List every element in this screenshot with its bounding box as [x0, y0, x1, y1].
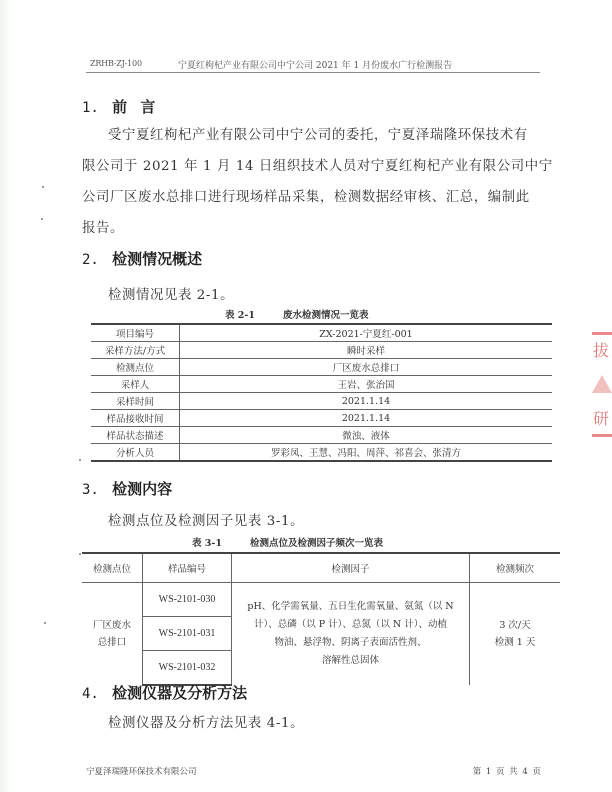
section-title: 检测仪器及分析方法: [112, 684, 247, 702]
scan-edge-shadow: [0, 0, 10, 792]
caption-number: 表 3-1: [192, 538, 222, 549]
row-value: 瞬时采样: [180, 342, 553, 359]
page-number: 第 1 页 共 4 页: [473, 765, 542, 777]
frequency-cell: 3 次/天 检测 1 天: [470, 583, 561, 686]
inspection-overview-table: 项目编号ZX-2021-宁夏红-001 采样方法/方式瞬时采样 检测点位厂区废水…: [91, 323, 552, 462]
row-value: 2021.1.14: [180, 393, 553, 410]
company-seal-stamp: 拔 研: [592, 330, 612, 440]
table-row: 项目编号ZX-2021-宁夏红-001: [91, 324, 552, 342]
stamp-star-icon: [592, 375, 612, 393]
factor-line: 计）、总磷（以 P 计）、总氮（以 N 计）、动植: [244, 616, 457, 634]
location-line: 总排口: [82, 634, 142, 651]
paragraph-line: 受宁夏红枸杞产业有限公司中宁公司的委托，宁夏泽瑞隆环保技术有: [108, 124, 528, 143]
row-value: 罗彩凤、王慧、冯阳、周萍、祁喜会、张清方: [180, 444, 553, 462]
row-value: 微浊、液体: [180, 427, 553, 444]
table-row: 厂区废水 总排口 WS-2101-030 pH、化学需氧量、五日生化需氧量、氨氮…: [82, 583, 560, 617]
paragraph-line: 公司厂区废水总排口进行现场样品采集，检测数据经审核、汇总，编制此: [82, 186, 530, 205]
scan-artifact: [79, 459, 81, 461]
table-2-1-caption: 表 2-1废水检测情况一览表: [225, 307, 369, 321]
caption-title: 废水检测情况一览表: [283, 310, 369, 321]
table-row: 采样人王岩、张治国: [91, 376, 552, 393]
sample-id: WS-2101-032: [143, 651, 232, 686]
table-row: 样品状态描述微浊、液体: [91, 427, 552, 444]
section-title: 检测内容: [112, 480, 172, 498]
section-heading-3: 3. 检测内容: [82, 478, 172, 499]
column-header: 样品编号: [143, 553, 232, 583]
section-heading-4: 4. 检测仪器及分析方法: [82, 682, 247, 703]
section-heading-2: 2. 检测情况概述: [82, 248, 202, 269]
row-value: ZX-2021-宁夏红-001: [180, 324, 553, 342]
sample-id: WS-2101-031: [143, 617, 232, 651]
table-row: 采样时间2021.1.14: [91, 393, 552, 410]
table-header-row: 检测点位 样品编号 检测因子 检测频次: [82, 553, 560, 583]
location-line: 厂区废水: [82, 617, 142, 634]
factor-line: pH、化学需氧量、五日生化需氧量、氨氮（以 N: [244, 598, 457, 616]
scan-artifact: [42, 186, 44, 188]
row-key: 样品状态描述: [91, 427, 180, 444]
table-row: 样品接收时间2021.1.14: [91, 410, 552, 427]
row-key: 项目编号: [91, 324, 180, 342]
scan-artifact: [79, 553, 81, 555]
factor-line: 物油、悬浮物、阴离子表面活性剂、: [244, 634, 457, 652]
row-key: 采样时间: [91, 393, 180, 410]
scan-artifact: [44, 622, 46, 624]
caption-title: 检测点位及检测因子频次一览表: [250, 538, 383, 549]
table-3-1-caption: 表 3-1检测点位及检测因子频次一览表: [192, 535, 383, 549]
document-number: ZRHB-ZJ-100: [90, 59, 142, 68]
row-key: 检测点位: [91, 359, 180, 376]
location-cell: 厂区废水 总排口: [82, 583, 143, 686]
stamp-border: [592, 332, 612, 335]
section-title: 检测情况概述: [112, 250, 202, 268]
section-number: 2.: [82, 252, 99, 268]
row-key: 采样方法/方式: [91, 342, 180, 359]
section-number: 4.: [82, 686, 99, 702]
row-value: 王岩、张治国: [180, 376, 553, 393]
sample-id: WS-2101-030: [143, 583, 232, 617]
column-header: 检测点位: [82, 553, 143, 583]
section-title: 前 言: [112, 98, 159, 116]
column-header: 检测频次: [470, 553, 561, 583]
document-title: 宁夏红枸杞产业有限公司中宁公司 2021 年 1 月份废水广行检测报告: [178, 58, 452, 71]
page-header: ZRHB-ZJ-100 宁夏红枸杞产业有限公司中宁公司 2021 年 1 月份废…: [86, 56, 540, 73]
paragraph-line: 限公司于 2021 年 1 月 14 日组织技术人员对宁夏红枸杞产业有限公司中宁: [82, 155, 553, 174]
row-key: 分析人员: [91, 444, 180, 462]
frequency-line: 3 次/天: [470, 617, 560, 634]
stamp-char: 拔: [593, 338, 609, 361]
scan-artifact: [41, 218, 43, 220]
footer-company: 宁夏泽瑞隆环保技术有限公司: [86, 765, 197, 777]
paragraph-line: 检测仪器及分析方法见表 4-1。: [108, 712, 304, 731]
stamp-char: 研: [593, 406, 609, 429]
row-value: 2021.1.14: [180, 410, 553, 427]
paragraph-line: 检测点位及检测因子见表 3-1。: [108, 510, 304, 529]
factor-line: 溶解性总固体: [244, 652, 457, 670]
section-number: 1.: [82, 100, 99, 116]
section-number: 3.: [82, 482, 99, 498]
row-key: 采样人: [91, 376, 180, 393]
paragraph-line: 检测情况见表 2-1。: [108, 284, 234, 303]
section-heading-1: 1. 前 言: [82, 96, 159, 117]
table-row: 分析人员罗彩凤、王慧、冯阳、周萍、祁喜会、张清方: [91, 444, 552, 462]
table-row: 采样方法/方式瞬时采样: [91, 342, 552, 359]
table-row: 检测点位厂区废水总排口: [91, 359, 552, 376]
row-key: 样品接收时间: [91, 410, 180, 427]
stamp-border: [592, 434, 612, 437]
factors-cell: pH、化学需氧量、五日生化需氧量、氨氮（以 N 计）、总磷（以 P 计）、总氮（…: [232, 583, 470, 686]
frequency-line: 检测 1 天: [470, 634, 560, 651]
caption-number: 表 2-1: [225, 310, 255, 321]
detection-factors-table: 检测点位 样品编号 检测因子 检测频次 厂区废水 总排口 WS-2101-030…: [82, 552, 560, 686]
paragraph-line: 报告。: [82, 217, 124, 236]
column-header: 检测因子: [232, 553, 470, 583]
row-value: 厂区废水总排口: [180, 359, 553, 376]
